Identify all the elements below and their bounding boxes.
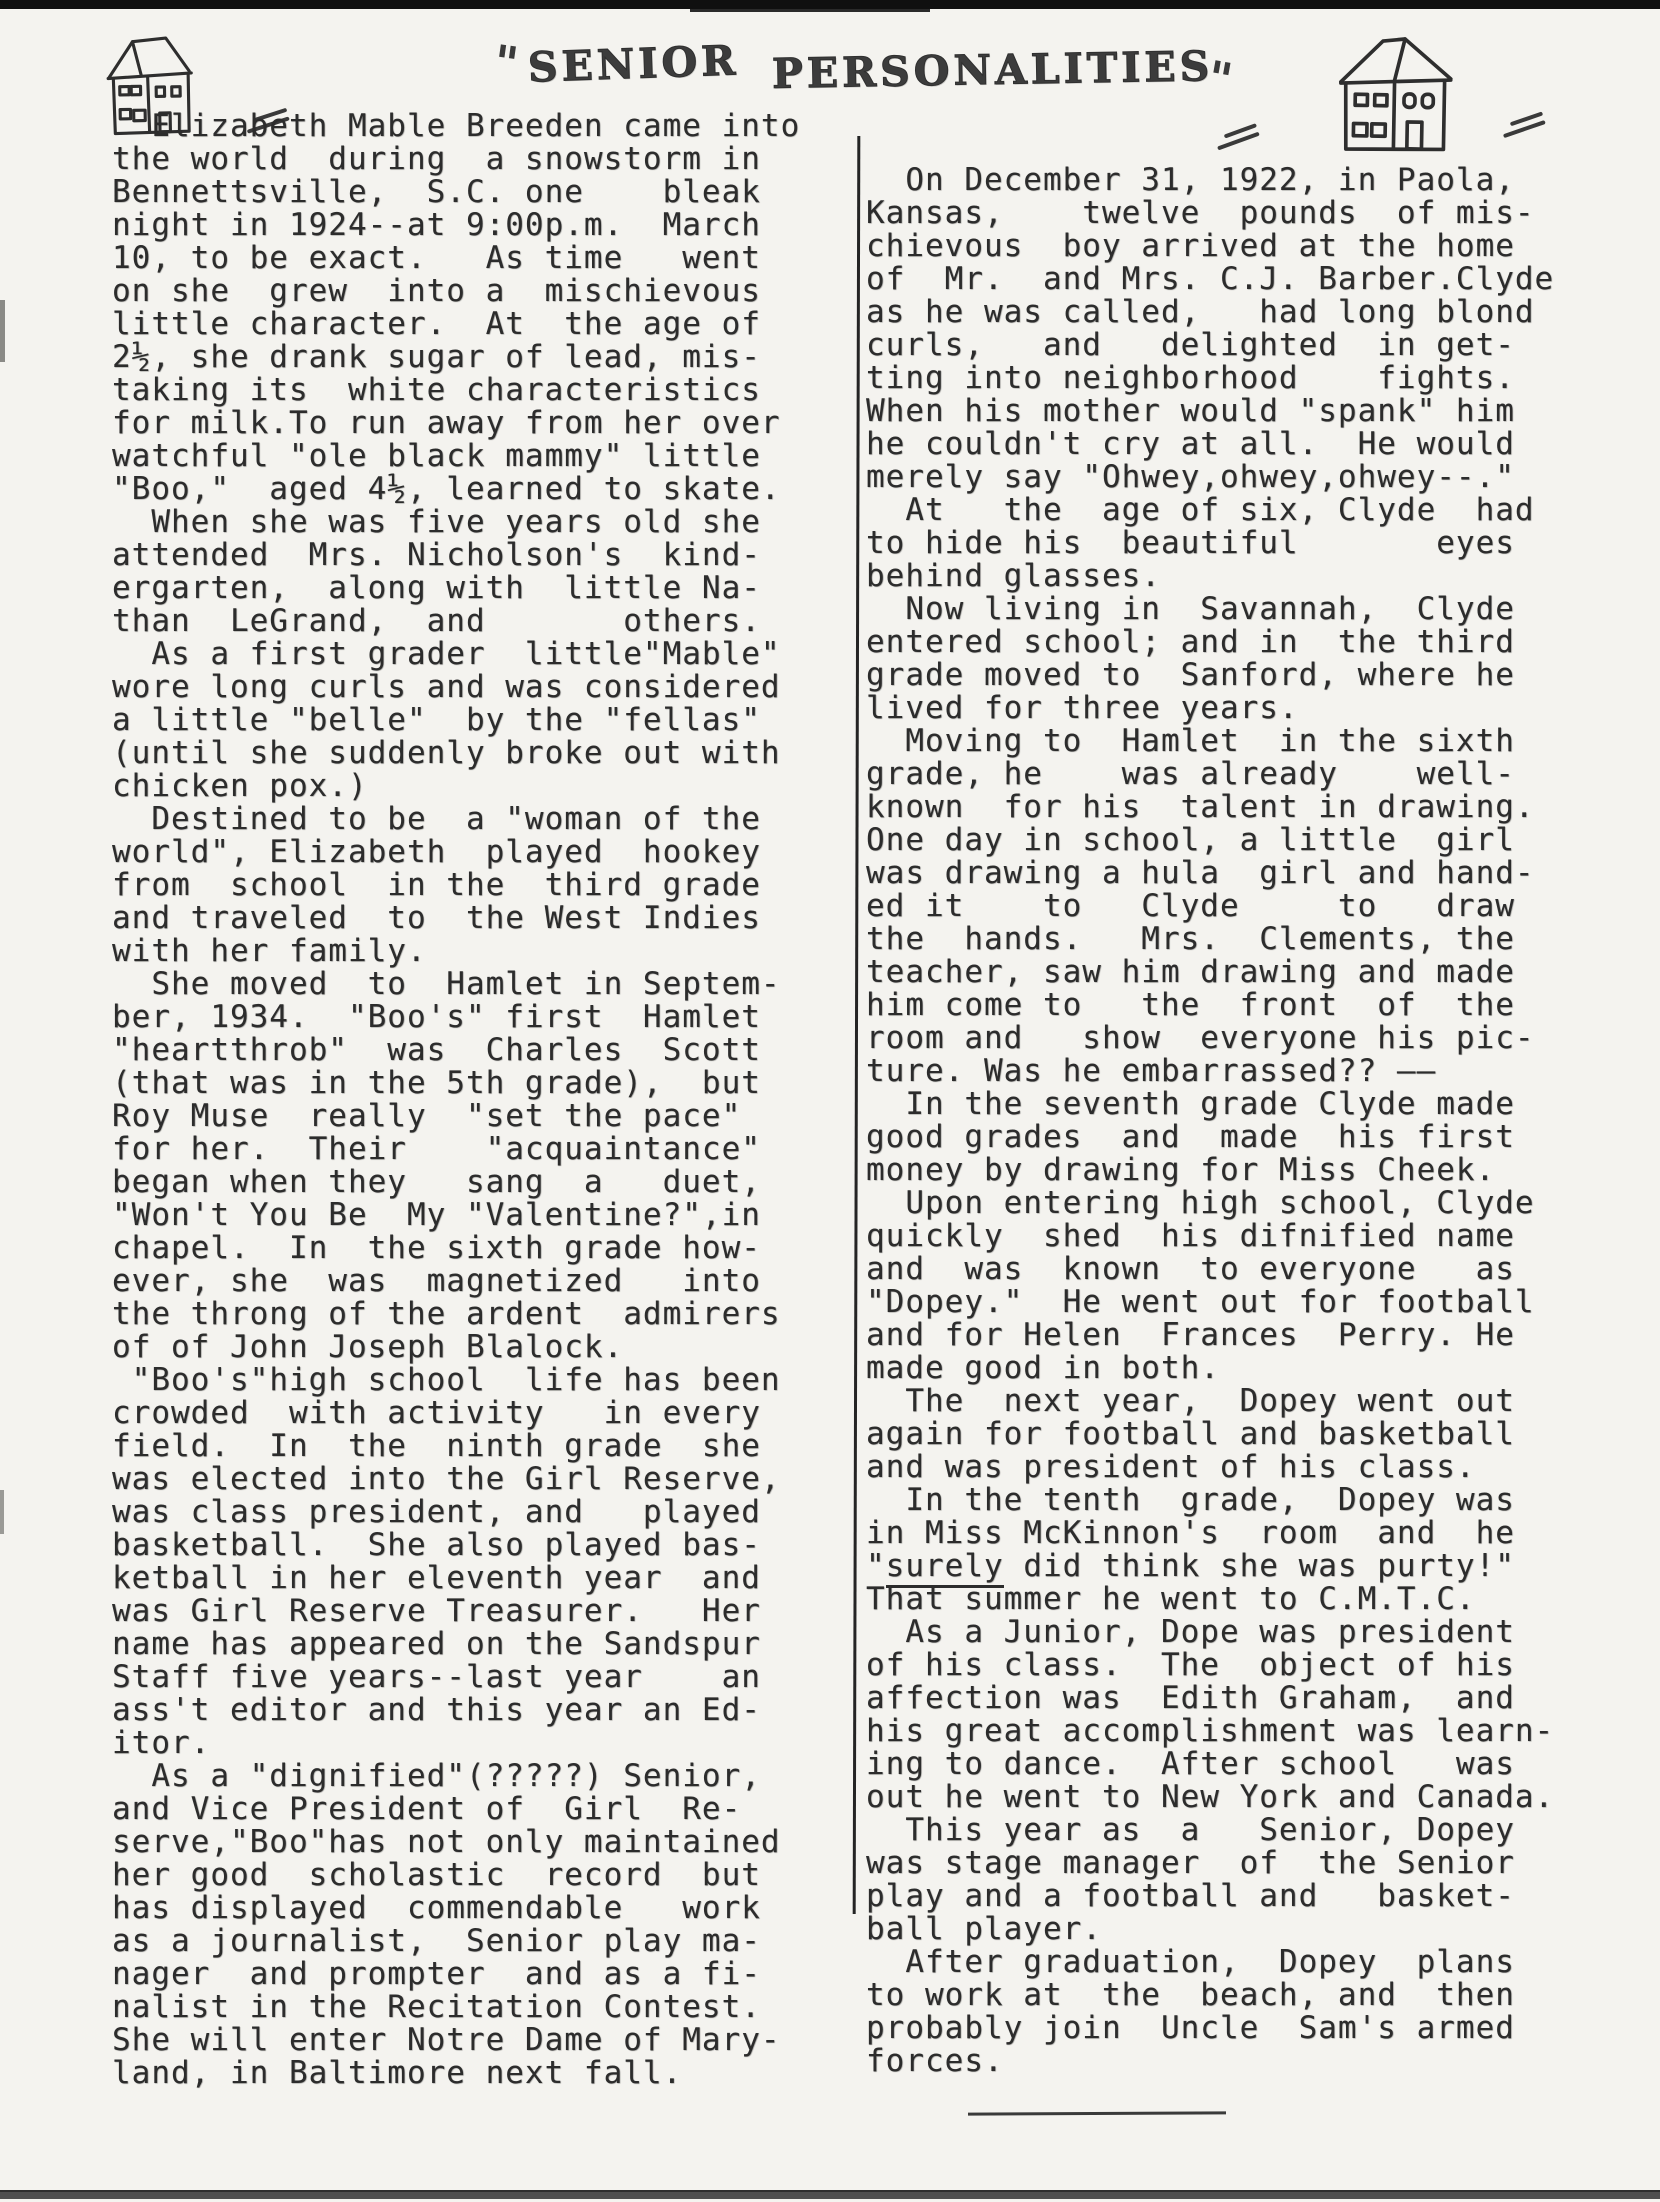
equals-doodle-right-icon xyxy=(1501,114,1548,136)
scan-artifact-top xyxy=(0,0,1660,9)
title-open-quote: " xyxy=(490,34,523,91)
scan-artifact-left-1 xyxy=(0,300,5,362)
article-elizabeth-breeden: Elizabeth Mable Breeden came into the wo… xyxy=(112,110,842,2090)
house-doodle-right-icon xyxy=(1327,33,1469,157)
article-text-after: did think she was purty!" That summer he… xyxy=(866,1548,1554,2079)
article-clyde-barber: On December 31, 1922, in Paola, Kansas, … xyxy=(866,164,1628,2078)
end-rule xyxy=(968,2111,1226,2115)
title-word-personalities: PERSONALITIES xyxy=(772,42,1214,98)
column-divider xyxy=(853,136,861,1914)
equals-doodle-mid-icon xyxy=(1215,126,1263,149)
scan-artifact-left-2 xyxy=(0,1490,4,1534)
scan-artifact-bottom xyxy=(0,2190,1660,2199)
title-word-senior: SENIOR xyxy=(527,36,740,91)
article-text-before: On December 31, 1922, in Paola, Kansas, … xyxy=(866,162,1554,1584)
